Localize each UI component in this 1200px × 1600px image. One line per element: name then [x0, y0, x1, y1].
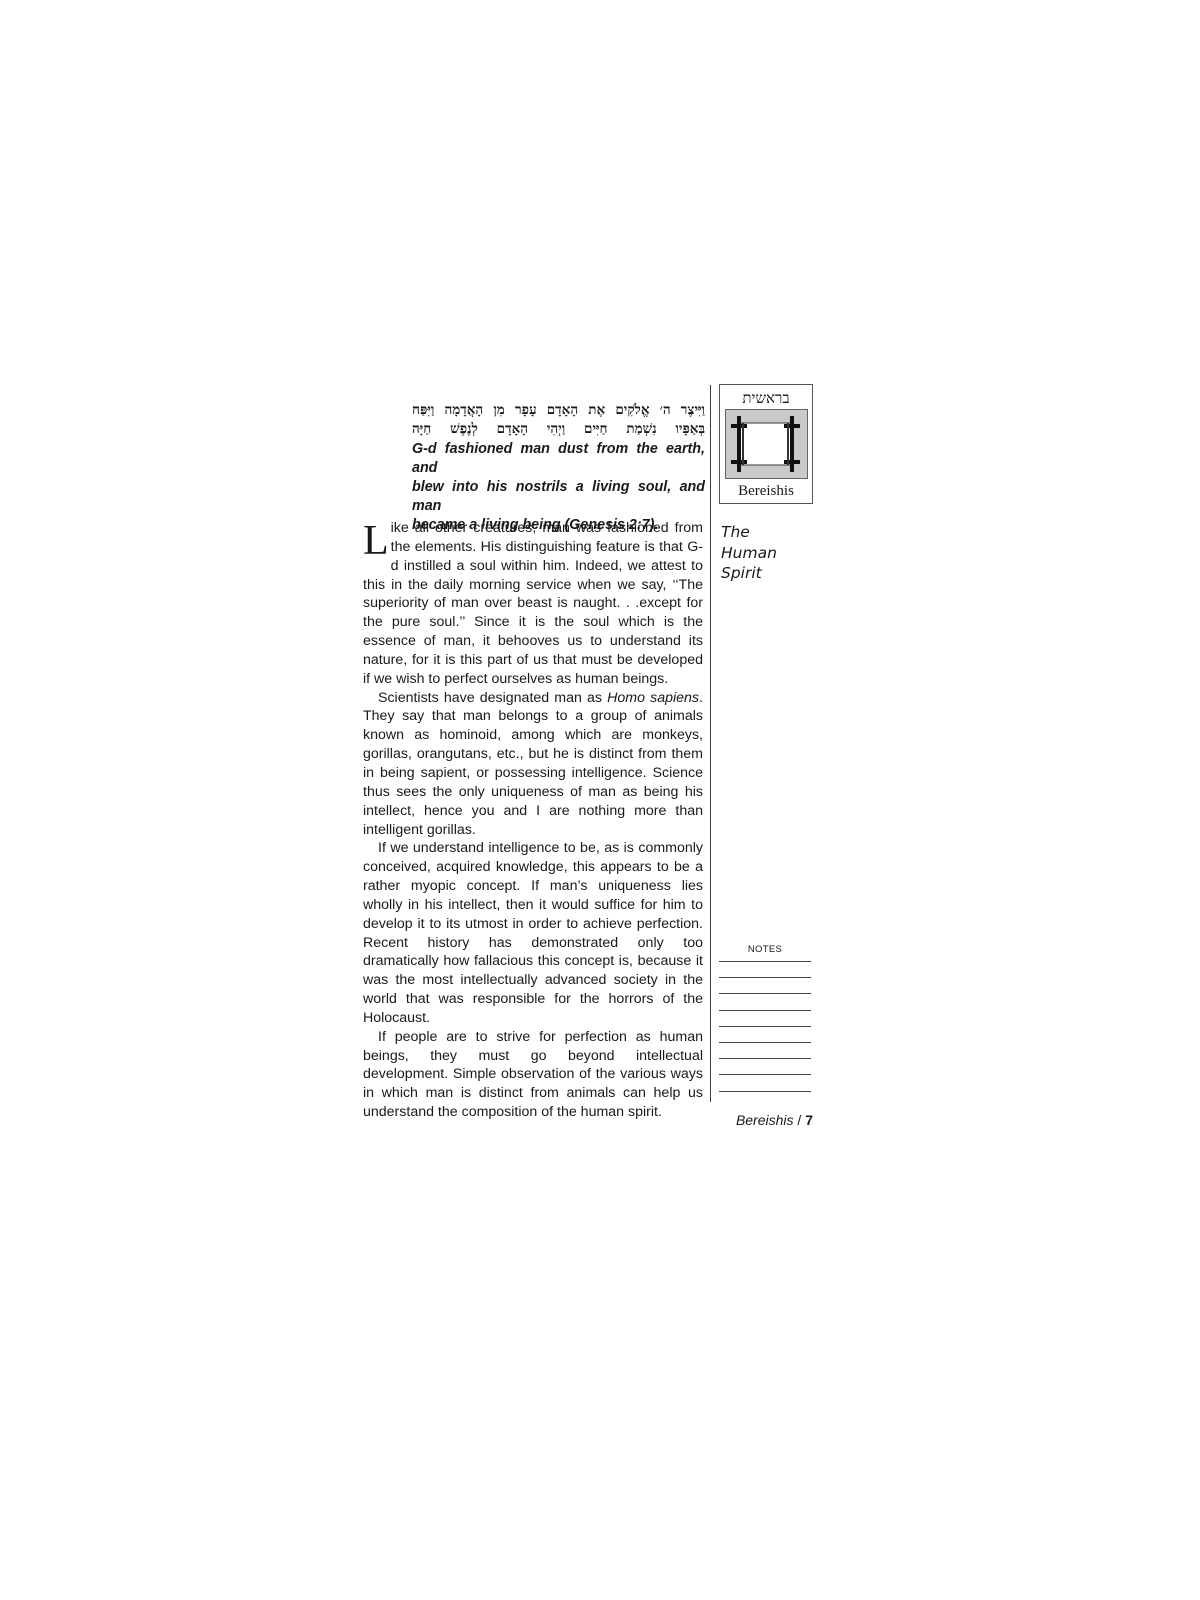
scientific-name: Homo sapiens	[607, 690, 699, 706]
page-footer: Bereishis / 7	[733, 1112, 813, 1128]
body-text: Like all other creatures, man was fashio…	[363, 519, 703, 1122]
paragraph: Scientists have designated man as Homo s…	[363, 689, 703, 840]
translation-line: blew into his nostrils a living soul, an…	[412, 478, 705, 516]
note-line[interactable]	[719, 1074, 811, 1075]
section-title-line: Spirit	[721, 563, 777, 584]
book-name-hebrew: בראשית	[720, 389, 812, 408]
note-line[interactable]	[719, 993, 811, 994]
footer-separator: /	[794, 1112, 806, 1128]
notes-label: NOTES	[719, 944, 811, 955]
note-line[interactable]	[719, 1010, 811, 1011]
page-number: 7	[805, 1112, 813, 1128]
paragraph: If people are to strive for perfection a…	[363, 1028, 703, 1122]
paragraph: If we understand intelligence to be, as …	[363, 839, 703, 1027]
book-page: וַיִּיצֶר ה׳ אֱלֹקִים אֶת הָאָדָם עָפָר …	[0, 0, 1200, 1600]
book-name-english: Bereishis	[720, 483, 812, 500]
section-title-line: Human	[721, 543, 777, 564]
notes-area: NOTES	[719, 944, 811, 1107]
paragraph-text: . They say that man belongs to a group o…	[363, 690, 703, 838]
epigraph-hebrew: וַיִּיצֶר ה׳ אֱלֹקִים אֶת הָאָדָם עָפָר …	[412, 401, 705, 439]
column-divider	[710, 385, 711, 1102]
footer-book-name: Bereishis	[736, 1112, 794, 1128]
epigraph: וַיִּיצֶר ה׳ אֱלֹקִים אֶת הָאָדָם עָפָר …	[412, 401, 705, 535]
drop-cap: L	[363, 521, 389, 558]
note-line[interactable]	[719, 1026, 811, 1027]
note-line[interactable]	[719, 1091, 811, 1092]
translation-line: G-d fashioned man dust from the earth, a…	[412, 440, 705, 478]
paragraph: Like all other creatures, man was fashio…	[363, 519, 703, 689]
paragraph-text: Scientists have designated man as	[378, 690, 607, 706]
paragraph-text: ike all other creatures, man was fashion…	[363, 520, 703, 687]
hebrew-line: וַיִּיצֶר ה׳ אֱלֹקִים אֶת הָאָדָם עָפָר …	[412, 401, 705, 420]
note-line[interactable]	[719, 961, 811, 962]
book-badge: בראשית Bereishis	[719, 384, 813, 504]
hebrew-line: בְּאַפָּיו נִשְׁמַת חַיִּים וַיְהִי הָאָ…	[412, 420, 705, 439]
section-title: The Human Spirit	[721, 522, 777, 584]
torah-scroll-icon	[725, 409, 808, 479]
note-line[interactable]	[719, 1042, 811, 1043]
note-line[interactable]	[719, 1058, 811, 1059]
note-line[interactable]	[719, 977, 811, 978]
section-title-line: The	[721, 522, 777, 543]
